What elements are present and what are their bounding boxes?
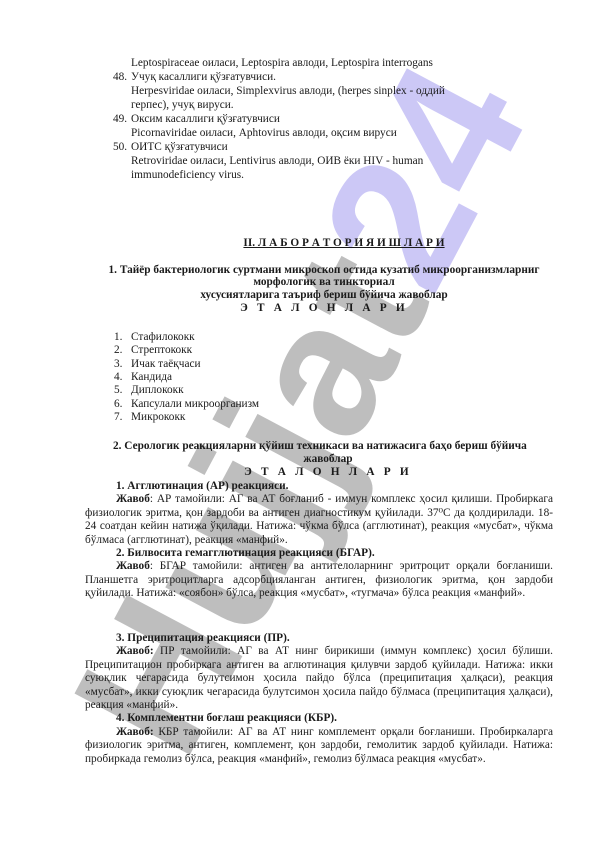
document-page: Hujjat24 Leptospiraceae оиласи, Leptospi… bbox=[0, 0, 596, 842]
section-title: II. Л А Б О Р А Т О Р И Я И Ш Л А Р И bbox=[46, 237, 596, 250]
part1-item-number: 6. bbox=[114, 398, 122, 411]
answer-label: Жавоб: bbox=[116, 726, 154, 738]
list-item-49-title: Оксим касаллиги қўзғатувчиси bbox=[131, 113, 280, 126]
part1-item-number: 5. bbox=[114, 384, 122, 397]
list-item-50-number: 50. bbox=[113, 141, 127, 154]
reaction-block-2: 3. Преципитация реакцияси (ПР). Жавоб: П… bbox=[85, 632, 553, 766]
part1-item-label: Капсулали микроорганизм bbox=[131, 398, 259, 411]
part1-item-number: 3. bbox=[114, 358, 122, 371]
answer-text: КБР тамойили: АГ ва АТ нинг комплемент о… bbox=[85, 726, 553, 765]
reaction-title: 1. Агглютинация (АР) реакцияси. bbox=[85, 480, 553, 493]
answer-text: ПР тамойили: АГ ва АТ нинг бирикиши (имм… bbox=[85, 645, 553, 711]
list-item-48-title: Учуқ касаллиги қўзғатувчиси. bbox=[131, 71, 276, 84]
answer-text: АР тамойили: АГ ва АТ боғланиб - иммун к… bbox=[85, 493, 553, 545]
answer-label: Жавоб bbox=[116, 493, 150, 505]
answer-text: БГАР тамойили: антиген ва антителоларнин… bbox=[85, 560, 553, 599]
part1-heading-line: морфологик ва тинкториал bbox=[26, 276, 596, 289]
part1-item-number: 2. bbox=[114, 344, 122, 357]
part1-item-label: Ичак таёқчаси bbox=[131, 358, 201, 371]
part1-heading-line: хусусиятларига таъриф бериш бўйича жавоб… bbox=[26, 289, 596, 302]
list-item-49-line: Picornaviridae оиласи, Aphtovirus авлоди… bbox=[131, 127, 397, 140]
list-item-47-continuation: Leptospiraceae оиласи, Leptospira авлоди… bbox=[131, 57, 433, 70]
part1-item-label: Стрептококк bbox=[131, 344, 192, 357]
list-item-49-number: 49. bbox=[113, 113, 127, 126]
reaction-title: 2. Билвосита гемагглютинация реакцияси (… bbox=[85, 547, 553, 560]
answer-label: Жавоб bbox=[116, 560, 150, 572]
reaction-title: 4. Комплементни боғлаш реакцияси (КБР). bbox=[85, 712, 553, 725]
list-item-50-line: immunodeficiency virus. bbox=[131, 169, 244, 182]
list-item-48-number: 48. bbox=[113, 71, 127, 84]
part1-item-number: 1. bbox=[114, 331, 122, 344]
part1-item-number: 7. bbox=[114, 411, 122, 424]
part1-item-number: 4. bbox=[114, 371, 122, 384]
list-item-50-line: Retroviridae оиласи, Lentivirus авлоди, … bbox=[131, 155, 423, 168]
part2-heading-line: 2. Серологик реакцияларни қўйиш техникас… bbox=[113, 440, 553, 453]
reaction-block-1: 1. Агглютинация (АР) реакцияси. Жавоб: А… bbox=[85, 480, 553, 601]
list-item-48-line: герпес), учуқ вируси. bbox=[131, 99, 234, 112]
part1-item-label: Микрококк bbox=[131, 411, 185, 424]
list-item-48-line: Herpesviridae оиласи, Simplexvirus авлод… bbox=[131, 85, 445, 98]
part1-item-label: Кандида bbox=[131, 371, 172, 384]
part2-heading-line: жавоблар bbox=[30, 453, 596, 466]
part1-item-label: Стафилококк bbox=[131, 331, 195, 344]
part1-item-label: Диплококк bbox=[131, 384, 184, 397]
reaction-title: 3. Преципитация реакцияси (ПР). bbox=[85, 632, 553, 645]
part2-etalon: Э Т А Л О Н Л А Р И bbox=[30, 466, 596, 479]
answer-label: Жавоб: bbox=[116, 645, 154, 657]
part1-etalon: Э Т А Л О Н Л А Р И bbox=[26, 302, 596, 315]
list-item-50-title: ОИТС қўзғатувчиси bbox=[131, 141, 228, 154]
